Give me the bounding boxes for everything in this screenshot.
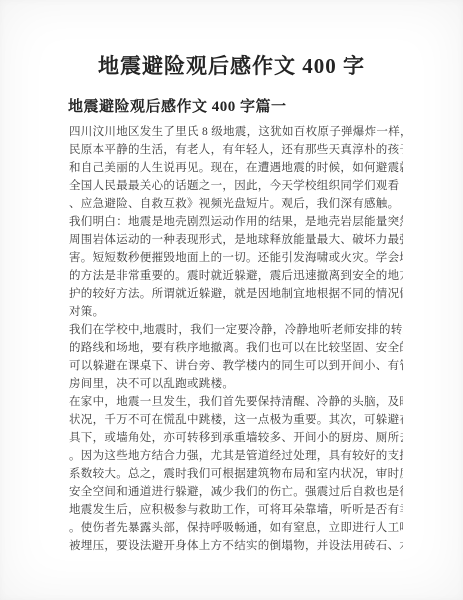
text-line: 。使伤者先暴露头部，保持呼吸畅通，如有窒息，立即进行人工呼吸。一旦 bbox=[69, 519, 403, 537]
text-line: 状况，千万不可在慌乱中跳楼，这一点极为重要。其次，可躲避在坚实的家 bbox=[69, 411, 403, 429]
text-line: 四川汶川地区发生了里氏 8 级地震，这犹如百枚原子弹爆炸一样，打破了人 bbox=[69, 123, 403, 141]
text-line: 地震发生后，应积极参与救助工作，可将耳朵靠墙，听听是否有幸存者声音 bbox=[69, 501, 403, 519]
document-body: 四川汶川地区发生了里氏 8 级地震，这犹如百枚原子弹爆炸一样，打破了人 民原本平… bbox=[69, 123, 403, 555]
text-line: 、应急避险、自救互救》视频光盘短片。观后，我们深有感触。 bbox=[69, 195, 403, 213]
text-line: 民原本平静的生活，有老人，有年轻人，还有那些天真淳朴的孩子们瞬间就 bbox=[69, 141, 403, 159]
document-page: 地震避险观后感作文 400 字 地震避险观后感作文 400 字篇一 四川汶川地区… bbox=[0, 0, 463, 600]
text-line: 周围岩体运动的一种表现形式，是地球释放能量最大、破坏力最强的自然灾 bbox=[69, 231, 403, 249]
paragraph-2: 我们明白：地震是地壳剧烈运动作用的结果，是地壳岩层能量突然释放导致 周围岩体运动… bbox=[69, 213, 403, 321]
text-line: 我们明白：地震是地壳剧烈运动作用的结果，是地壳岩层能量突然释放导致 bbox=[69, 213, 403, 231]
text-line: 系数较大。总之，震时我们可根据建筑物布局和室内状况，审时度势，寻找 bbox=[69, 465, 403, 483]
section-heading: 地震避险观后感作文 400 字篇一 bbox=[68, 95, 397, 116]
text-line: 和自己美丽的人生说再见。现在，在遭遇地震的时候，如何避震就成了目前 bbox=[69, 159, 403, 177]
text-line: 对策。 bbox=[69, 303, 403, 321]
text-line: 可以躲避在课桌下、讲台旁、教学楼内的同生可以到开间小、有管道支撑的 bbox=[69, 357, 403, 375]
text-line: 的方法是非常重要的。震时就近躲避，震后迅速撤离到安全的地方是应急防 bbox=[69, 267, 403, 285]
text-line: 房间里，决不可以乱跑或跳楼。 bbox=[69, 375, 403, 393]
text-line: 的路线和场地，要有秩序地撤离。我们也可以在比较坚固、安全的房屋里， bbox=[69, 339, 403, 357]
text-line: 护的较好方法。所谓就近躲避，就是因地制宜地根据不同的情况做出不同的 bbox=[69, 285, 403, 303]
paragraph-1: 四川汶川地区发生了里氏 8 级地震，这犹如百枚原子弹爆炸一样，打破了人 民原本平… bbox=[69, 123, 403, 213]
text-line: 具下，或墙角处，亦可转移到承重墙较多、开间小的厨房、厕所去暂避一时 bbox=[69, 429, 403, 447]
text-line: 我们在学校中,地震时，我们一定要冷静，冷静地听老师安排的转移、撤离 bbox=[69, 321, 403, 339]
text-line: 。因为这些地方结合力强，尤其是管道经过处理，具有较好的支撑力，抗震 bbox=[69, 447, 403, 465]
document-title: 地震避险观后感作文 400 字 bbox=[0, 0, 463, 80]
text-line: 被埋压，要设法避开身体上方不结实的倒塌物，并设法用砖石、木棍等支撑 bbox=[69, 537, 403, 555]
paragraph-3: 我们在学校中,地震时，我们一定要冷静，冷静地听老师安排的转移、撤离 的路线和场地… bbox=[69, 321, 403, 393]
paragraph-4: 在家中，地震一旦发生，我们首先要保持清醒、冷静的头脑，及时判别震动 状况，千万不… bbox=[69, 393, 403, 555]
text-line: 安全空间和通道进行躲避，减少我们的伤亡。强震过后自救也是很重要的。 bbox=[69, 483, 403, 501]
text-line: 全国人民最最关心的话题之一，因此，今天学校组织同学们观看《震害防御 bbox=[69, 177, 403, 195]
text-line: 害。短短数秒便摧毁地面上的一切。还能引发海啸或火灾。学会地震是自救 bbox=[69, 249, 403, 267]
text-line: 在家中，地震一旦发生，我们首先要保持清醒、冷静的头脑，及时判别震动 bbox=[69, 393, 403, 411]
